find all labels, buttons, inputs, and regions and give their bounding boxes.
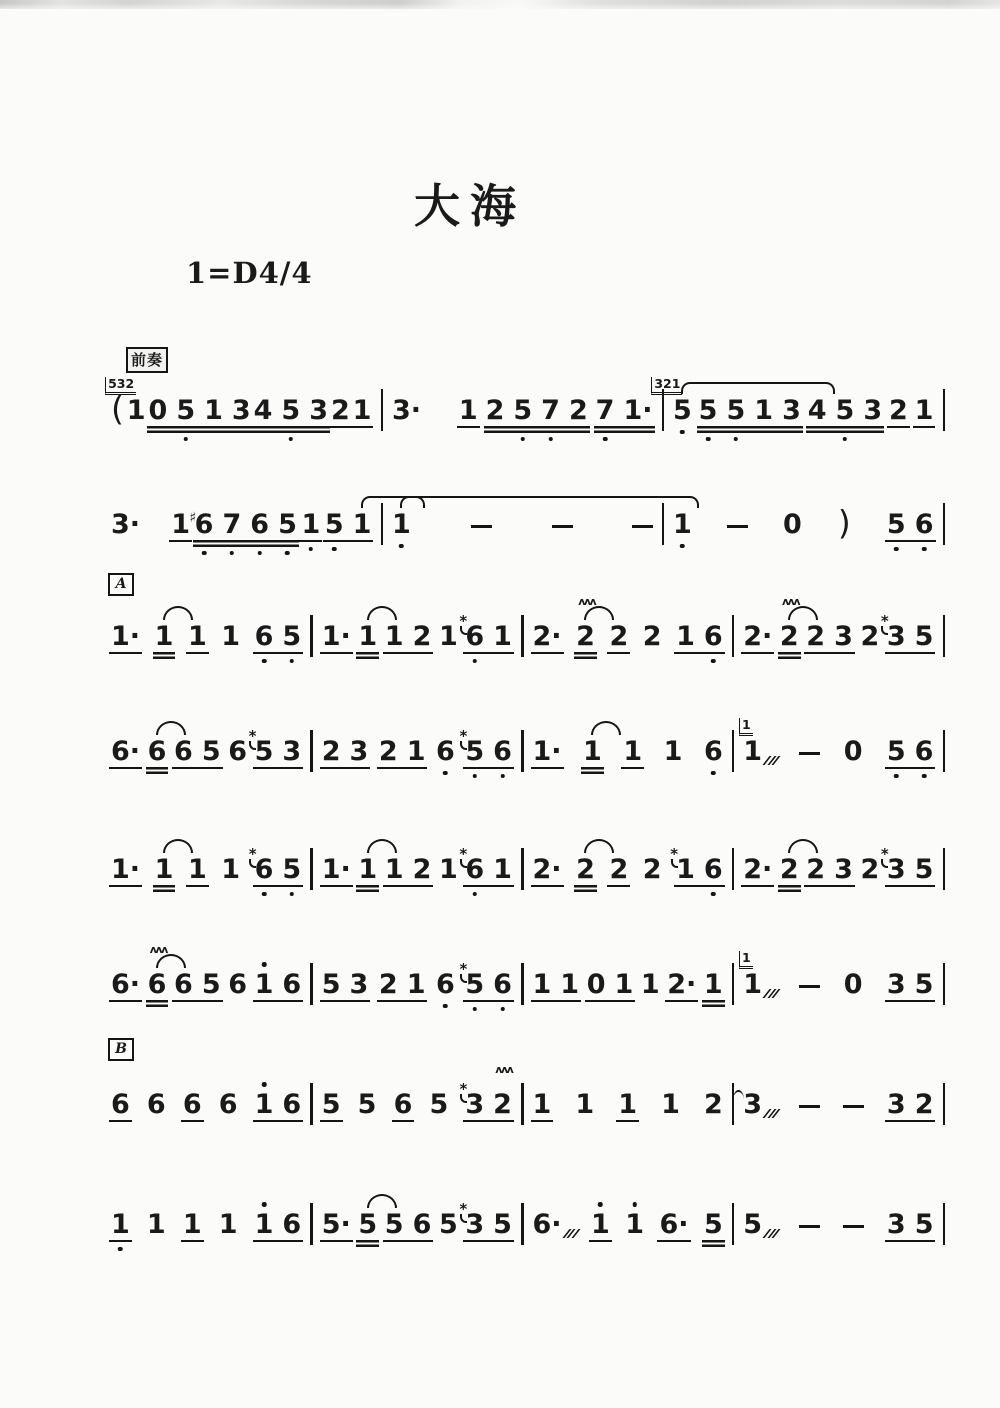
beam-group: 56 [886,738,935,765]
beam-line: 51 [324,511,373,538]
measure: 1 [383,511,662,538]
note: 2ʌʌʌ [575,623,596,650]
beam-line: 2 [703,1091,724,1118]
glissando-icon [766,1229,777,1238]
beam-line: 1 [672,511,693,538]
note: 1 [703,971,724,998]
note: 5· [321,1211,352,1238]
note-digit: 1 [406,971,427,998]
slur-tie-arc [788,839,818,853]
octave-dot-below [262,659,267,664]
beam-line: 0 [843,971,864,998]
beam-group: 01 [586,971,635,998]
octave-dot-below [711,771,716,776]
note-digit: 6· [658,1211,689,1238]
note-digit: 1· [110,623,141,650]
beam-line: 1 [532,1091,553,1118]
note: 1 [914,397,935,424]
note: 1 [663,738,684,765]
note-digit: 1 [391,511,412,538]
beam-group: 5*3 [254,738,303,765]
note-digit: 1· [321,856,352,883]
note-digit: 1 [672,511,693,538]
beam-group: 3*5 [886,856,935,883]
beam-line: 1532 [126,397,147,424]
note: 6 [182,1091,203,1118]
beam-line: 453 [253,397,329,424]
parenthesis: ( [110,394,125,424]
octave-dot-below [500,774,505,779]
note: 2· [742,623,773,650]
beam-line: 23 [805,856,854,883]
note-digit: 1 [357,623,378,650]
note-digit: 5 [357,1091,378,1118]
note-digit: 2· [742,856,773,883]
note: 6· [110,738,141,765]
note: 1 [660,1091,681,1118]
beam-line: 3*5 [886,623,935,650]
note-digit: 1· [321,623,352,650]
grace-notes: 321 [651,377,682,395]
octave-dot-below [680,430,685,435]
beam-line: 2· [532,856,563,883]
octave-dot-above [262,1082,267,1087]
note-digit: 0 [782,511,803,538]
note-digit: 3· [391,397,422,424]
note-digit: 11 [742,738,763,765]
flower-finger-icon: * [459,1202,467,1223]
beam-group: 56 [886,511,935,538]
beam-line: 5321 [672,397,693,424]
beam-line: 6♯765 [194,511,298,538]
note-digit: 3 [886,1091,907,1118]
beam-group: 51 [324,511,373,538]
note-digit: 2 [642,623,663,650]
beam-line: 5· [321,1211,352,1238]
music-line-8: 1111165·55653*56·116·5535 [102,1192,945,1238]
beam-line: 3*5 [464,1211,513,1238]
note: 6· [110,971,141,998]
note-digit: 2ʌʌʌ [779,623,800,650]
beam-group: 6♯765 [194,511,298,538]
note: 1 [624,1211,645,1238]
note-digit: 5 [321,971,342,998]
music-line-4: 6·66565*3232165*61·111611056 [102,719,945,765]
key-time-signature: 1=D4/4 [186,256,313,290]
note: 2 [642,623,663,650]
curl-glyph [881,859,888,868]
note-digit: 5 [281,623,302,650]
glissando-icon [766,756,777,765]
beam-line: 6 [146,1091,167,1118]
octave-dot-below [118,1247,123,1252]
octave-dot-below [230,551,235,556]
flower-finger-icon: * [459,614,467,635]
beam-group: 32 [886,1091,935,1118]
slur-tie-arc [591,721,621,735]
beam-line: 12 [384,856,433,883]
beam-line: 53 [321,971,370,998]
beam-line: 6 [218,1091,239,1118]
note: 1 [154,856,175,883]
note-digit: 3 [833,856,854,883]
note: 0 [843,738,864,765]
note: 1· [532,738,563,765]
beam-line: 1 [703,971,724,998]
note: 1 [622,738,643,765]
beam-group: 5513 [698,397,802,424]
note-digit: 2 [412,856,433,883]
beam-line: 21 [378,738,427,765]
slur-tie-arc [584,839,614,853]
grace-notes: 532 [105,377,136,395]
beam-line: 1 [300,511,321,538]
sharp-icon: ♯ [189,511,196,525]
note-digit: 5· [321,1211,352,1238]
beam-line: 1· [321,623,352,650]
beam-line: 5 [742,1211,763,1238]
note: 5 [357,1211,378,1238]
star-glyph: * [249,847,257,858]
beam-group: 6*1 [464,856,513,883]
note: 5 [438,1211,459,1238]
note: 6 [146,1091,167,1118]
beam-line: 5*3 [254,738,303,765]
beam-line: 6· [110,738,141,765]
note-digit: 1 [532,1091,553,1118]
note-digit: 6 [227,738,248,765]
beam-group: 5*6 [464,738,513,765]
beam-line: 16 [254,1211,303,1238]
note-digit: 5* [464,738,485,765]
note-digit: 5 [277,511,298,538]
note-digit: 0 [843,971,864,998]
note-digit: 5 [886,511,907,538]
section-b-label: B [108,1038,134,1061]
note-digit: 6· [110,971,141,998]
note-digit: 6* [464,623,485,650]
note-digit: 5 [703,1211,724,1238]
beam-line: 1 [357,623,378,650]
note-digit: 1· [532,738,563,765]
beam-line: 3· [110,511,141,538]
note-digit: 6ʌʌʌ [147,971,168,998]
beam-line: 5 [703,1211,724,1238]
note-digit: 3 [349,971,370,998]
barline [943,1083,946,1125]
beam-line: 2ʌʌʌ [779,623,800,650]
note-digit: 2· [532,856,563,883]
beam-line: 21 [378,971,427,998]
note-digit: 2 [642,856,663,883]
beam-line: 2 [859,623,880,650]
measure: 2·22323*5 [734,856,942,883]
note-digit: 1 [187,623,208,650]
beam-line: 56 [886,738,935,765]
beam-group: 1*6 [675,856,724,883]
note: 1 [154,623,175,650]
note-digit: 5 [698,397,719,424]
note-digit: 5 [914,856,935,883]
octave-dot-below [183,437,188,442]
note-digit: 7 [540,397,561,424]
beam-line: 1 [582,738,603,765]
octave-dot-above [598,1202,603,1207]
octave-dot-below [521,437,526,442]
note-digit: 1 [675,623,696,650]
note: 2· [532,623,563,650]
note-digit: 1 [170,511,191,538]
beam-line: 6ʌʌʌ [147,971,168,998]
beam-group: 453 [253,397,329,424]
slur-tie-arc [163,606,193,620]
note-digit: 2 [378,971,399,998]
beam-line: 1 [640,971,661,998]
note-digit: 7 [221,511,242,538]
beam-line: 6· [110,971,141,998]
beam-line: 6*1 [464,623,513,650]
note-digit: 2 [703,1091,724,1118]
star-glyph: * [459,614,467,625]
mordent-icon: ʌʌʌ [782,596,799,607]
beam-line: 5 [321,1091,342,1118]
beam-line: 6 [227,971,248,998]
note: 6 [435,971,456,998]
note-digit: 2 [608,623,629,650]
note-digit: 1 [458,397,479,424]
note-digit: 6 [173,971,194,998]
note: 5 [428,1091,449,1118]
octave-dot-below [202,551,207,556]
flower-finger-icon: * [459,962,467,983]
beam-line: 2 [608,856,629,883]
note-digit: 1 [622,738,643,765]
note-digit: 6 [147,738,168,765]
beam-line: 1 [220,623,241,650]
beam-line: 56 [384,1211,433,1238]
music-line-1: (15320513453213·1257271·5321551345321 [102,378,945,424]
note-digit: 2 [805,623,826,650]
beam-group: 16 [254,1091,303,1118]
note-digit: 1 [384,856,405,883]
note-digit: 3 [231,397,252,424]
beam-line: 1 [574,1091,595,1118]
note-digit: 6 [182,1091,203,1118]
note-digit: 2 [330,397,351,424]
music-line-5: 1·1116*51·11216*12·2221*62·22323*5 [102,837,945,883]
note-digit: 1 [357,856,378,883]
note-digit: 1 [187,856,208,883]
beam-line: 2· [666,971,697,998]
note-digit: 3 [886,971,907,998]
note-digit: 2 [859,623,880,650]
note-digit: 1 [640,971,661,998]
measure: 11112 [524,1091,732,1118]
note-digit: 3· [110,511,141,538]
note-digit: 2· [666,971,697,998]
beam-line: 0 [782,511,803,538]
sheet-music-page: 大海 1=D4/4 前奏 A B (15320513453213·1257271… [0,0,1000,1408]
note: 5 [703,1211,724,1238]
prelude-label: 前奏 [126,347,168,373]
note: 1 [582,738,603,765]
beam-line: 1 [154,856,175,883]
beam-line: 2 [888,397,909,424]
note-digit: 2· [742,623,773,650]
note-digit: 5 [725,397,746,424]
note: 2· [742,856,773,883]
beam-line: 2· [742,623,773,650]
note: 1 [672,511,693,538]
spacer [144,537,168,538]
note-digit: 5 [384,1211,405,1238]
note-digit: 3* [886,623,907,650]
note-digit: 1 [300,511,321,538]
note-digit: 6 [703,738,724,765]
note-digit: 6 [227,971,248,998]
duration-dash [799,752,820,756]
star-glyph: * [459,729,467,740]
beam-line: 16 [254,1091,303,1118]
note-digit: 1 [663,738,684,765]
octave-dot-below [289,437,294,442]
note: 2 [330,397,351,424]
curl-glyph [460,1094,467,1103]
slur-tie-arc [367,606,397,620]
octave-dot-below [711,659,716,664]
octave-dot-below [290,892,295,897]
barline [943,963,946,1005]
beam-line: 16 [254,971,303,998]
flower-finger-icon: * [249,847,257,868]
note-digit: 2 [608,856,629,883]
curl-glyph [671,859,678,868]
measure: 2·2ʌʌʌ2216 [524,623,732,650]
note-digit: 1 [574,1091,595,1118]
octave-dot-below [399,544,404,549]
note: 5321 [672,397,693,424]
flower-finger-icon: * [459,847,467,868]
note-digit: 5 [175,397,196,424]
note-digit: 5* [464,971,485,998]
grace-notes: 1 [739,951,753,969]
duration-dash [632,525,653,529]
note: 11 [742,971,777,998]
beam-line: 5 [438,1211,459,1238]
beam-group: 12 [384,623,433,650]
beam-line: 2· [742,856,773,883]
note-digit: 5 [742,1211,763,1238]
beam-line: 11 [532,971,581,998]
octave-dot-below [309,547,314,552]
beam-line: 2 [779,856,800,883]
note: 2· [532,856,563,883]
beam-line: 23 [805,623,854,650]
note: 1 [220,623,241,650]
note-digit: 2 [568,397,589,424]
note: 3 [742,1091,777,1118]
beam-line: 1 [391,511,412,538]
beam-group: 6*1 [464,623,513,650]
beam-group: 56 [384,1211,433,1238]
beam-line: 11 [742,738,763,765]
beam-line: 1 [914,397,935,424]
note: 1 [640,971,661,998]
note-digit: 2ʌʌʌ [575,623,596,650]
slur-tie-arc [681,382,835,394]
octave-dot-below [443,1004,448,1009]
grace-notes: 1 [739,718,753,736]
slur-tie-arc [156,954,186,968]
octave-dot-below [548,437,553,442]
note: 1 [574,1091,595,1118]
note-digit: 1 [624,1211,645,1238]
note: 6 [435,738,456,765]
beam-line: 01 [586,971,635,998]
note: 6 [703,738,724,765]
note-digit: 1 [438,856,459,883]
measure: 1·1116*5 [102,856,310,883]
note-digit: 3 [781,397,802,424]
beam-line: 6*5 [254,856,303,883]
note-digit: 5* [254,738,275,765]
note: 5 [321,1091,342,1118]
curl-glyph [460,741,467,750]
note: 2 [859,856,880,883]
note-digit: 6 [254,623,275,650]
note: 1 [438,856,459,883]
note-digit: 1 [582,738,603,765]
octave-dot-below [285,551,290,556]
measure: 110112·1 [524,971,732,998]
measure: (1532051345321 [102,394,381,424]
octave-dot-above [632,1202,637,1207]
note: 1 [182,1211,203,1238]
flower-finger-icon: * [459,729,467,750]
beam-line: 2 [575,856,596,883]
beam-line: 1 [187,856,208,883]
glissando-icon [566,1229,577,1238]
duration-dash [799,1105,820,1109]
beam-line: 6 [110,1091,131,1118]
slur-tie-arc [367,1194,397,1208]
glissando-icon [766,1109,777,1118]
octave-dot-below [711,892,716,897]
beam-line: 1 [220,856,241,883]
note: 2ʌʌʌ [779,623,800,650]
note-digit: 3 [308,397,329,424]
note: 0 [782,511,803,538]
note: 1 [357,623,378,650]
slur-tie-arc [400,496,699,508]
measure: 111116 [102,1211,310,1238]
note: 1· [321,623,352,650]
note-digit: 2 [378,738,399,765]
note-digit: 1 [914,397,935,424]
note: 2 [779,856,800,883]
note: 6 [227,971,248,998]
note-digit: 3 [833,623,854,650]
note-digit: 0 [148,397,169,424]
beam-line: 5 [357,1091,378,1118]
beam-line: 1*6 [675,856,724,883]
note: 2 [608,856,629,883]
octave-dot-below [257,551,262,556]
note: 1 [300,511,321,538]
beam-line: 6 [393,1091,414,1118]
note-digit: 5 [321,1091,342,1118]
beam-line: 1 [458,397,479,424]
